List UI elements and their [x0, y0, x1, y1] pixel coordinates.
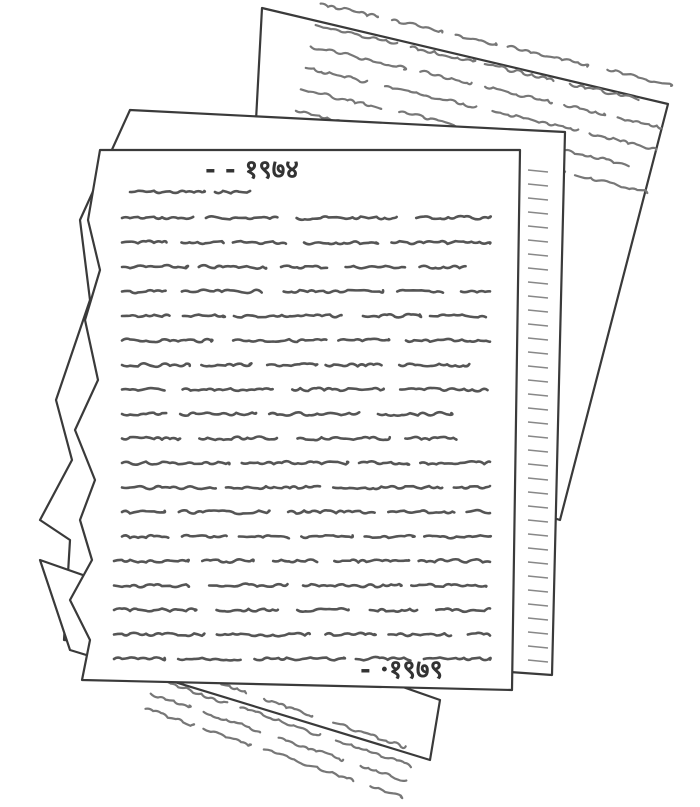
header-page-mark: - - १९७४: [205, 155, 299, 185]
paper-stack-illustration: - - १९७४ - ·१९७९: [0, 0, 700, 807]
front-sheet: - - १९७४ - ·१९७९: [70, 150, 520, 690]
